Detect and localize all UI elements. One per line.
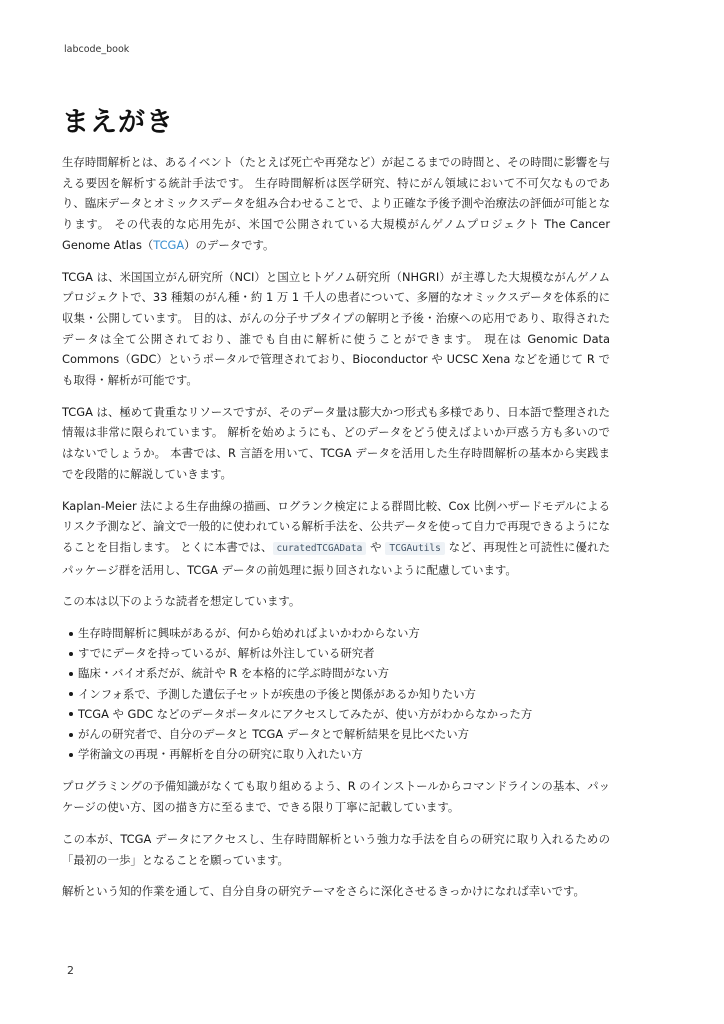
document-body: 生存時間解析とは、あるイベント（たとえば死亡や再発など）が起こるまでの時間と、そ… (62, 152, 610, 913)
code-curatedtcgadata: curatedTCGAData (273, 542, 367, 555)
paragraph-audience-intro: この本は以下のような読者を想定しています。 (62, 591, 610, 612)
list-item: すでにデータを持っているが、解析は外注している研究者 (78, 643, 610, 663)
paragraph-hope: この本が、TCGA データにアクセスし、生存時間解析という強力な手法を自らの研究… (62, 829, 610, 870)
paragraph-intro-tail: ）のデータです。 (184, 238, 274, 252)
paragraph-intro: 生存時間解析とは、あるイベント（たとえば死亡や再発など）が起こるまでの時間と、そ… (62, 152, 610, 256)
paragraph-methods-conj: や (366, 540, 385, 554)
paragraph-tcga-overview: TCGA は、米国国立がん研究所（NCI）と国立ヒトゲノム研究所（NHGRI）が… (62, 267, 610, 391)
list-item: インフォ系で、予測した遺伝子セットが疾患の予後と関係があるか知りたい方 (78, 684, 610, 704)
tcga-link[interactable]: TCGA (153, 238, 184, 252)
running-header: labcode_book (64, 44, 129, 55)
code-tcgautils: TCGAutils (385, 542, 444, 555)
paragraph-methods: Kaplan-Meier 法による生存曲線の描画、ログランク検定による群間比較、… (62, 496, 610, 581)
list-item: 臨床・バイオ系だが、統計や R を本格的に学ぶ時間がない方 (78, 663, 610, 683)
list-item: TCGA や GDC などのデータポータルにアクセスしてみたが、使い方がわからな… (78, 704, 610, 724)
page-number: 2 (67, 964, 74, 977)
list-item: がんの研究者で、自分のデータと TCGA データとで解析結果を見比べたい方 (78, 724, 610, 744)
paragraph-intro-text: 生存時間解析とは、あるイベント（たとえば死亡や再発など）が起こるまでの時間と、そ… (62, 155, 610, 252)
paragraph-closing: 解析という知的作業を通して、自分自身の研究テーマをさらに深化させるきっかけになれ… (62, 881, 610, 902)
paragraph-approach: プログラミングの予備知識がなくても取り組めるよう、R のインストールからコマンド… (62, 776, 610, 817)
page-title: まえがき (62, 100, 174, 139)
paragraph-book-purpose: TCGA は、極めて貴重なリソースですが、そのデータ量は膨大かつ形式も多様であり… (62, 402, 610, 485)
list-item: 生存時間解析に興味があるが、何から始めればよいかわからない方 (78, 623, 610, 643)
reader-list: 生存時間解析に興味があるが、何から始めればよいかわからない方 すでにデータを持っ… (62, 623, 610, 764)
list-item: 学術論文の再現・再解析を自分の研究に取り入れたい方 (78, 744, 610, 764)
